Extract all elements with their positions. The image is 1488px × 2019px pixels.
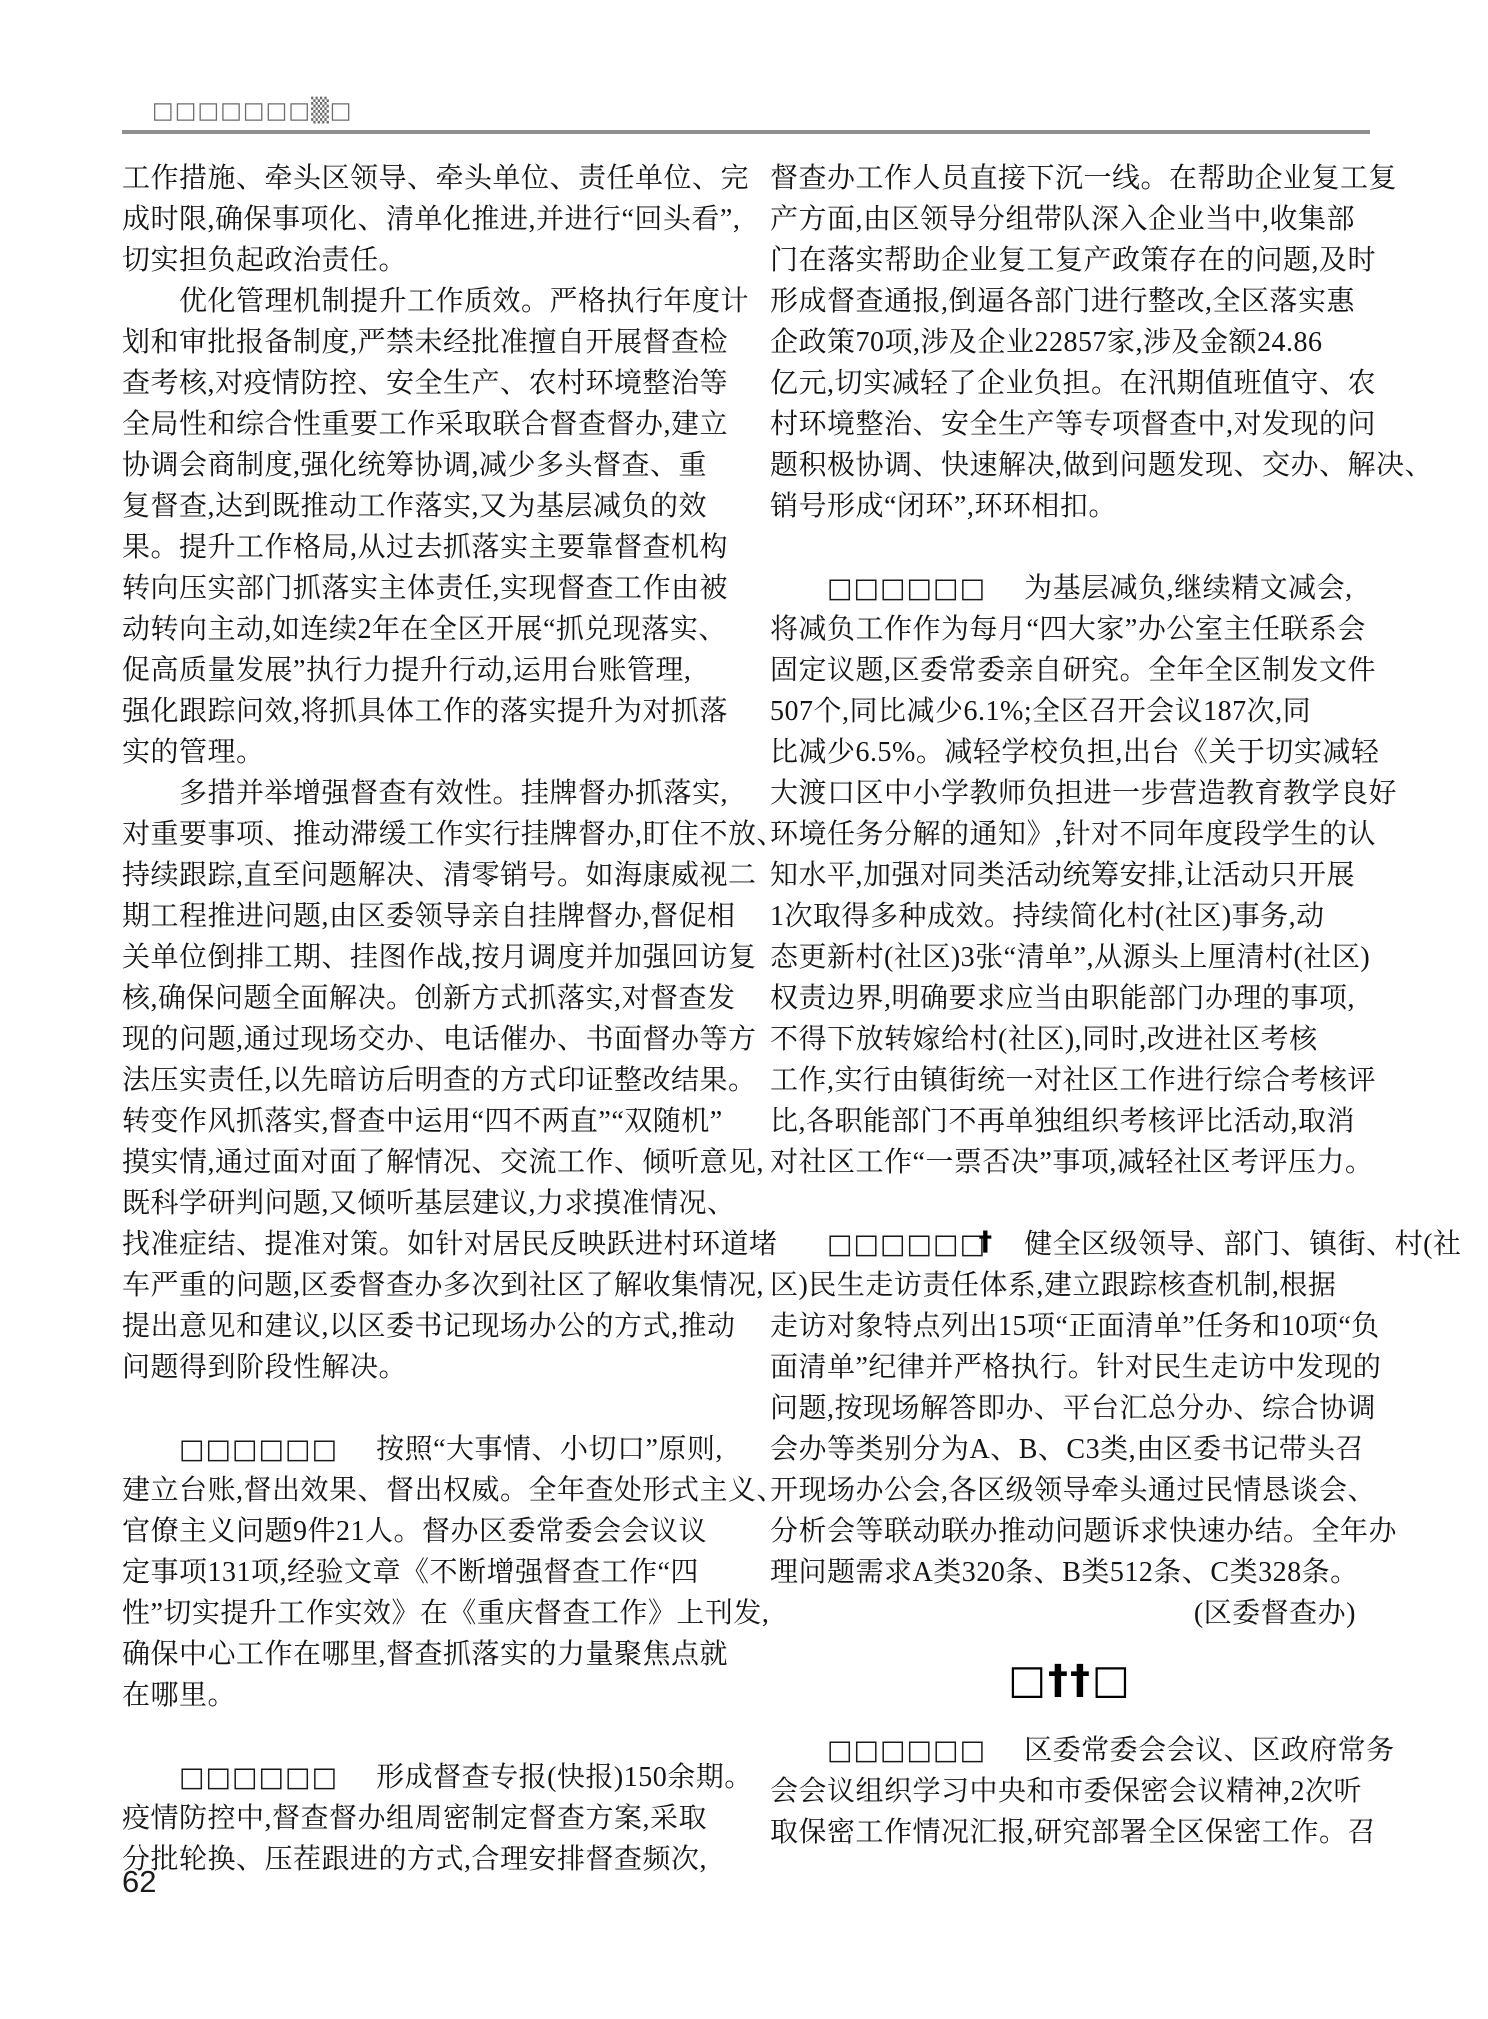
text-line: 产方面,由区领导分组带队深入企业当中,收集部 bbox=[770, 199, 1370, 240]
text-line: 分批轮换、压茬跟进的方式,合理安排督查频次, bbox=[122, 1839, 722, 1880]
entry-indent bbox=[770, 1229, 827, 1260]
text-line: 期工程推进问题,由区委领导亲自挂牌督办,督促相 bbox=[122, 896, 722, 937]
text-line: 建立台账,督出效果、督出权威。全年查处形式主义、 bbox=[122, 1470, 722, 1511]
section-title: □††□ bbox=[770, 1652, 1370, 1708]
text-line: 性”切实提升工作实效》在《重庆督查工作》上刊发, bbox=[122, 1593, 722, 1634]
text-line: 查考核,对疫情防控、安全生产、农村环境整治等 bbox=[122, 363, 722, 404]
text-line: 对重要事项、推动滞缓工作实行挂牌督办,盯住不放、 bbox=[122, 814, 722, 855]
entry-first-line: □□□□□□为基层减负,继续精文减会, bbox=[770, 568, 1370, 609]
left-column: 工作措施、牵头区领导、牵头单位、责任单位、完成时限,确保事项化、清单化推进,并进… bbox=[122, 158, 722, 1880]
entry-first-text: 健全区级领导、部门、镇街、村(社 bbox=[1024, 1229, 1461, 1260]
text-line: 问题得到阶段性解决。 bbox=[122, 1347, 722, 1388]
entry-first-line: □□□□□□按照“大事情、小切口”原则, bbox=[122, 1429, 722, 1470]
text-line: 促高质量发展”执行力提升行动,运用台账管理, bbox=[122, 650, 722, 691]
text-line: 工作,实行由镇街统一对社区工作进行综合考核评 bbox=[770, 1060, 1370, 1101]
entry-heading-tofu: □□□□□□ bbox=[827, 1735, 986, 1766]
text-line: 问题,按现场解答即办、平台汇总分办、综合协调 bbox=[770, 1388, 1370, 1429]
text-line: 门在落实帮助企业复工复产政策存在的问题,及时 bbox=[770, 240, 1370, 281]
entry-first-line: □□□□□□形成督查专报(快报)150余期。 bbox=[122, 1757, 722, 1798]
text-line: 取保密工作情况汇报,研究部署全区保密工作。召 bbox=[770, 1812, 1370, 1853]
text-line: 划和审批报备制度,严禁未经批准擅自开展督查检 bbox=[122, 322, 722, 363]
paragraph: □□□□□□为基层减负,继续精文减会,将减负工作作为每月“四大家”办公室主任联系… bbox=[770, 568, 1370, 1183]
text-line: 多措并举增强督查有效性。挂牌督办抓落实, bbox=[122, 773, 722, 814]
text-line: 在哪里。 bbox=[122, 1675, 722, 1716]
header-rule bbox=[122, 130, 1370, 134]
text-line: 权责边界,明确要求应当由职能部门办理的事项, bbox=[770, 978, 1370, 1019]
text-line: 知水平,加强对同类活动统筹安排,让活动只开展 bbox=[770, 855, 1370, 896]
text-line: 果。提升工作格局,从过去抓落实主要靠督查机构 bbox=[122, 527, 722, 568]
text-line: 态更新村(社区)3张“清单”,从源头上厘清村(社区) bbox=[770, 937, 1370, 978]
entry-indent bbox=[770, 1735, 827, 1766]
paragraph: 工作措施、牵头区领导、牵头单位、责任单位、完成时限,确保事项化、清单化推进,并进… bbox=[122, 158, 722, 1388]
text-line: 找准症结、提准对策。如针对居民反映跃进村环道堵 bbox=[122, 1224, 722, 1265]
paragraph: □□□□□□按照“大事情、小切口”原则,建立台账,督出效果、督出权威。全年查处形… bbox=[122, 1429, 722, 1716]
text-line: 企政策70项,涉及企业22857家,涉及金额24.86 bbox=[770, 322, 1370, 363]
text-line: 实的管理。 bbox=[122, 732, 722, 773]
text-line: 提出意见和建议,以区委书记现场办公的方式,推动 bbox=[122, 1306, 722, 1347]
text-line: 转向压实部门抓落实主体责任,实现督查工作由被 bbox=[122, 568, 722, 609]
text-line: 确保中心工作在哪里,督查抓落实的力量聚焦点就 bbox=[122, 1634, 722, 1675]
text-line: 1次取得多种成效。持续简化村(社区)事务,动 bbox=[770, 896, 1370, 937]
text-line: 关单位倒排工期、挂图作战,按月调度并加强回访复 bbox=[122, 937, 722, 978]
text-line: 比,各职能部门不再单独组织考核评比活动,取消 bbox=[770, 1101, 1370, 1142]
two-column-content: 工作措施、牵头区领导、牵头单位、责任单位、完成时限,确保事项化、清单化推进,并进… bbox=[0, 158, 1488, 1880]
page-header: □□□□□□□▒□ bbox=[0, 0, 1488, 134]
entry-indent bbox=[122, 1762, 179, 1793]
entry-heading-tofu: □□□□□□ bbox=[179, 1762, 338, 1793]
paragraph: 督查办工作人员直接下沉一线。在帮助企业复工复产方面,由区领导分组带队深入企业当中… bbox=[770, 158, 1370, 527]
text-line: 定事项131项,经验文章《不断增强督查工作“四 bbox=[122, 1552, 722, 1593]
text-line: 比减少6.5%。减轻学校负担,出台《关于切实减轻 bbox=[770, 732, 1370, 773]
entry-heading-tofu: □□□□□□ bbox=[179, 1434, 338, 1465]
text-line: 现的问题,通过现场交办、电话催办、书面督办等方 bbox=[122, 1019, 722, 1060]
text-line: 分析会等联动联办推动问题诉求快速办结。全年办 bbox=[770, 1511, 1370, 1552]
text-line: 复督查,达到既推动工作落实,又为基层减负的效 bbox=[122, 486, 722, 527]
entry-indent bbox=[122, 1434, 179, 1465]
paragraph: □□□□□□区委常委会会议、区政府常务会会议组织学习中央和市委保密会议精神,2次… bbox=[770, 1730, 1370, 1853]
text-line: 协调会商制度,强化统筹协调,减少多头督查、重 bbox=[122, 445, 722, 486]
entry-first-line: □□□□□□†健全区级领导、部门、镇街、村(社 bbox=[770, 1224, 1370, 1265]
right-column: 督查办工作人员直接下沉一线。在帮助企业复工复产方面,由区领导分组带队深入企业当中… bbox=[770, 158, 1370, 1880]
text-line: 销号形成“闭环”,环环相扣。 bbox=[770, 486, 1370, 527]
text-line: 环境任务分解的通知》,针对不同年度段学生的认 bbox=[770, 814, 1370, 855]
tofu-overlay-box: □† bbox=[960, 1224, 987, 1265]
text-line: 切实担负起政治责任。 bbox=[122, 240, 722, 281]
paragraph: □□□□□□†健全区级领导、部门、镇街、村(社区)民生走访责任体系,建立跟踪核查… bbox=[770, 1224, 1370, 1634]
entry-heading-tofu: □□□□□□ bbox=[827, 573, 986, 604]
text-line: 转变作风抓落实,督查中运用“四不两直”“双随机” bbox=[122, 1101, 722, 1142]
signature-line: (区委督查办) bbox=[770, 1593, 1370, 1634]
entry-first-text: 形成督查专报(快报)150余期。 bbox=[376, 1762, 753, 1793]
text-line: 固定议题,区委常委亲自研究。全年全区制发文件 bbox=[770, 650, 1370, 691]
text-line: 走访对象特点列出15项“正面清单”任务和10项“负 bbox=[770, 1306, 1370, 1347]
entry-first-text: 按照“大事情、小切口”原则, bbox=[376, 1434, 723, 1465]
text-line: 官僚主义问题9件21人。督办区委常委会会议议 bbox=[122, 1511, 722, 1552]
paragraph: □□□□□□形成督查专报(快报)150余期。疫情防控中,督查督办组周密制定督查方… bbox=[122, 1757, 722, 1880]
entry-indent bbox=[770, 573, 827, 604]
text-line: 法压实责任,以先暗访后明查的方式印证整改结果。 bbox=[122, 1060, 722, 1101]
text-line: 亿元,切实减轻了企业负担。在汛期值班值守、农 bbox=[770, 363, 1370, 404]
text-line: 村环境整治、安全生产等专项督查中,对发现的问 bbox=[770, 404, 1370, 445]
text-line: 题积极协调、快速解决,做到问题发现、交办、解决、 bbox=[770, 445, 1370, 486]
page-number: 62 bbox=[122, 1864, 156, 1900]
text-line: 面清单”纪律并严格执行。针对民生走访中发现的 bbox=[770, 1347, 1370, 1388]
entry-first-line: □□□□□□区委常委会会议、区政府常务 bbox=[770, 1730, 1370, 1771]
text-line: 不得下放转嫁给村(社区),同时,改进社区考核 bbox=[770, 1019, 1370, 1060]
text-line: 开现场办公会,各区级领导牵头通过民情恳谈会、 bbox=[770, 1470, 1370, 1511]
text-line: 督查办工作人员直接下沉一线。在帮助企业复工复 bbox=[770, 158, 1370, 199]
dagger-mark: † bbox=[979, 1221, 994, 1262]
text-line: 摸实情,通过面对面了解情况、交流工作、倾听意见, bbox=[122, 1142, 722, 1183]
text-line: 核,确保问题全面解决。创新方式抓落实,对督查发 bbox=[122, 978, 722, 1019]
masthead-tofu-text: □□□□□□□▒□ bbox=[152, 98, 353, 124]
text-line: 疫情防控中,督查督办组周密制定督查方案,采取 bbox=[122, 1798, 722, 1839]
text-line: 大渡口区中小学教师负担进一步营造教育教学良好 bbox=[770, 773, 1370, 814]
text-line: 全局性和综合性重要工作采取联合督查督办,建立 bbox=[122, 404, 722, 445]
text-line: 形成督查通报,倒逼各部门进行整改,全区落实惠 bbox=[770, 281, 1370, 322]
text-line: 对社区工作“一票否决”事项,减轻社区考评压力。 bbox=[770, 1142, 1370, 1183]
text-line: 成时限,确保事项化、清单化推进,并进行“回头看”, bbox=[122, 199, 722, 240]
document-page: □□□□□□□▒□ 工作措施、牵头区领导、牵头单位、责任单位、完成时限,确保事项… bbox=[0, 0, 1488, 2019]
entry-first-text: 为基层减负,继续精文减会, bbox=[1024, 573, 1353, 604]
text-line: 强化跟踪问效,将抓具体工作的落实提升为对抓落 bbox=[122, 691, 722, 732]
entry-first-text: 区委常委会会议、区政府常务 bbox=[1024, 1735, 1395, 1766]
text-line: 车严重的问题,区委督查办多次到社区了解收集情况, bbox=[122, 1265, 722, 1306]
text-line: 区)民生走访责任体系,建立跟踪核查机制,根据 bbox=[770, 1265, 1370, 1306]
text-line: 动转向主动,如连续2年在全区开展“抓兑现落实、 bbox=[122, 609, 722, 650]
text-line: 507个,同比减少6.1%;全区召开会议187次,同 bbox=[770, 691, 1370, 732]
text-line: 优化管理机制提升工作质效。严格执行年度计 bbox=[122, 281, 722, 322]
text-line: 会办等类别分为A、B、C3类,由区委书记带头召 bbox=[770, 1429, 1370, 1470]
text-line: 会会议组织学习中央和市委保密会议精神,2次听 bbox=[770, 1771, 1370, 1812]
text-line: 将减负工作作为每月“四大家”办公室主任联系会 bbox=[770, 609, 1370, 650]
text-line: 理问题需求A类320条、B类512条、C类328条。 bbox=[770, 1552, 1370, 1593]
text-line: 既科学研判问题,又倾听基层建议,力求摸准情况、 bbox=[122, 1183, 722, 1224]
entry-heading-tofu: □□□□□□† bbox=[827, 1229, 986, 1260]
text-line: 持续跟踪,直至问题解决、清零销号。如海康威视二 bbox=[122, 855, 722, 896]
text-line: 工作措施、牵头区领导、牵头单位、责任单位、完 bbox=[122, 158, 722, 199]
